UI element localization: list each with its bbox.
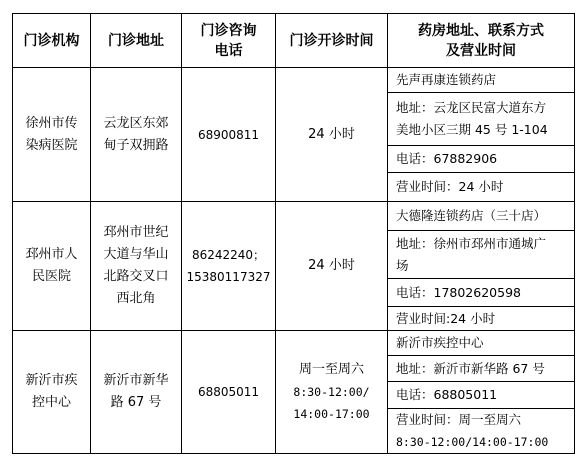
address-line: 大道与华山 — [91, 244, 181, 266]
address-cell: 新沂市新华 路 67 号 — [91, 331, 182, 454]
pharmacy-name: 新沂市疾控中心 — [388, 331, 575, 356]
pharmacy-hours: 营业时间:24 小时 — [388, 307, 575, 331]
pharmacy-hours-line: 营业时间：周一至周六 — [396, 409, 574, 431]
pharmacy-hours-line: 8:30-12:00/14:00-17:00 — [396, 431, 574, 453]
phone-line: 68805011 — [182, 381, 275, 403]
pharmacy-hours-line: 营业时间:24 小时 — [396, 308, 574, 330]
institution-cell: 新沂市疾 控中心 — [13, 331, 91, 454]
table-row: 徐州市传 染病医院 云龙区东郊 甸子双拥路 68900811 24 小时 先声再… — [13, 68, 575, 93]
header-pharmacy: 药房地址、联系方式及营业时间 — [388, 14, 575, 68]
header-hours-label: 门诊开诊时间 — [276, 31, 387, 51]
pharmacy-phone: 电话：68805011 — [388, 382, 575, 409]
phone-line: 86242240； — [182, 244, 275, 266]
institution-line: 新沂市疾 — [13, 370, 90, 392]
pharmacy-address-line: 美地小区三期 45 号 1-104 — [396, 119, 574, 141]
institution-line: 控中心 — [13, 392, 90, 414]
address-line: 甸子双拥路 — [91, 135, 181, 157]
pharmacy-hours-line: 营业时间：24 小时 — [396, 176, 574, 198]
institution-cell: 徐州市传 染病医院 — [13, 68, 91, 202]
header-hours: 门诊开诊时间 — [276, 14, 388, 68]
pharmacy-address: 地址：徐州市邳州市通城广 场 — [388, 231, 575, 279]
address-line: 邳州市世纪 — [91, 222, 181, 244]
institution-line: 染病医院 — [13, 135, 90, 157]
header-phone: 门诊咨询电话 — [182, 14, 276, 68]
address-line: 云龙区东郊 — [91, 113, 181, 135]
hours-line: 24 小时 — [276, 255, 387, 277]
header-pharmacy-line2: 及营业时间 — [388, 41, 574, 61]
address-cell: 邳州市世纪 大道与华山 北路交叉口 西北角 — [91, 202, 182, 331]
address-line: 新沂市新华 — [91, 370, 181, 392]
address-line: 北路交叉口 — [91, 266, 181, 288]
table-row: 邳州市人 民医院 邳州市世纪 大道与华山 北路交叉口 西北角 86242240；… — [13, 202, 575, 231]
header-phone-line1: 门诊咨询 — [182, 21, 275, 41]
pharmacy-name: 大德隆连锁药店（三十店） — [388, 202, 575, 231]
header-pharmacy-line1: 药房地址、联系方式 — [388, 21, 574, 41]
institution-line: 民医院 — [13, 266, 90, 288]
pharmacy-address: 地址：新沂市新华路 67 号 — [388, 356, 575, 382]
pharmacy-address: 地址：云龙区民富大道东方 美地小区三期 45 号 1-104 — [388, 93, 575, 146]
header-address: 门诊地址 — [91, 14, 182, 68]
clinic-table: 门诊机构 门诊地址 门诊咨询电话 门诊开诊时间 药房地址、联系方式及营业时间 徐… — [12, 13, 575, 454]
header-institution: 门诊机构 — [13, 14, 91, 68]
hours-cell: 24 小时 — [276, 68, 388, 202]
pharmacy-phone: 电话：17802620598 — [388, 279, 575, 307]
pharmacy-address-line: 地址：云龙区民富大道东方 — [396, 97, 574, 119]
phone-cell: 68900811 — [182, 68, 276, 202]
pharmacy-name: 先声再康连锁药店 — [388, 68, 575, 93]
hours-line: 24 小时 — [276, 124, 387, 146]
hours-line: 周一至周六 — [276, 359, 387, 381]
address-cell: 云龙区东郊 甸子双拥路 — [91, 68, 182, 202]
hours-line: 14:00-17:00 — [276, 403, 387, 425]
institution-cell: 邳州市人 民医院 — [13, 202, 91, 331]
header-institution-label: 门诊机构 — [13, 31, 90, 51]
pharmacy-hours: 营业时间：周一至周六 8:30-12:00/14:00-17:00 — [388, 409, 575, 454]
phone-cell: 68805011 — [182, 331, 276, 454]
pharmacy-phone: 电话：67882906 — [388, 146, 575, 173]
pharmacy-address-line: 场 — [396, 255, 574, 277]
address-line: 路 67 号 — [91, 392, 181, 414]
pharmacy-address-line: 地址：新沂市新华路 67 号 — [396, 358, 574, 380]
pharmacy-hours: 营业时间：24 小时 — [388, 173, 575, 202]
header-phone-line2: 电话 — [182, 41, 275, 61]
phone-line: 68900811 — [182, 124, 275, 146]
header-address-label: 门诊地址 — [91, 31, 181, 51]
hours-line: 8:30-12:00/ — [276, 381, 387, 403]
table-row: 新沂市疾 控中心 新沂市新华 路 67 号 68805011 周一至周六 8:3… — [13, 331, 575, 356]
phone-line: 15380117327 — [182, 266, 275, 288]
pharmacy-address-line: 地址：徐州市邳州市通城广 — [396, 233, 574, 255]
institution-line: 徐州市传 — [13, 113, 90, 135]
hours-cell: 周一至周六 8:30-12:00/ 14:00-17:00 — [276, 331, 388, 454]
institution-line: 邳州市人 — [13, 244, 90, 266]
phone-cell: 86242240； 15380117327 — [182, 202, 276, 331]
header-row: 门诊机构 门诊地址 门诊咨询电话 门诊开诊时间 药房地址、联系方式及营业时间 — [13, 14, 575, 68]
address-line: 西北角 — [91, 288, 181, 310]
hours-cell: 24 小时 — [276, 202, 388, 331]
